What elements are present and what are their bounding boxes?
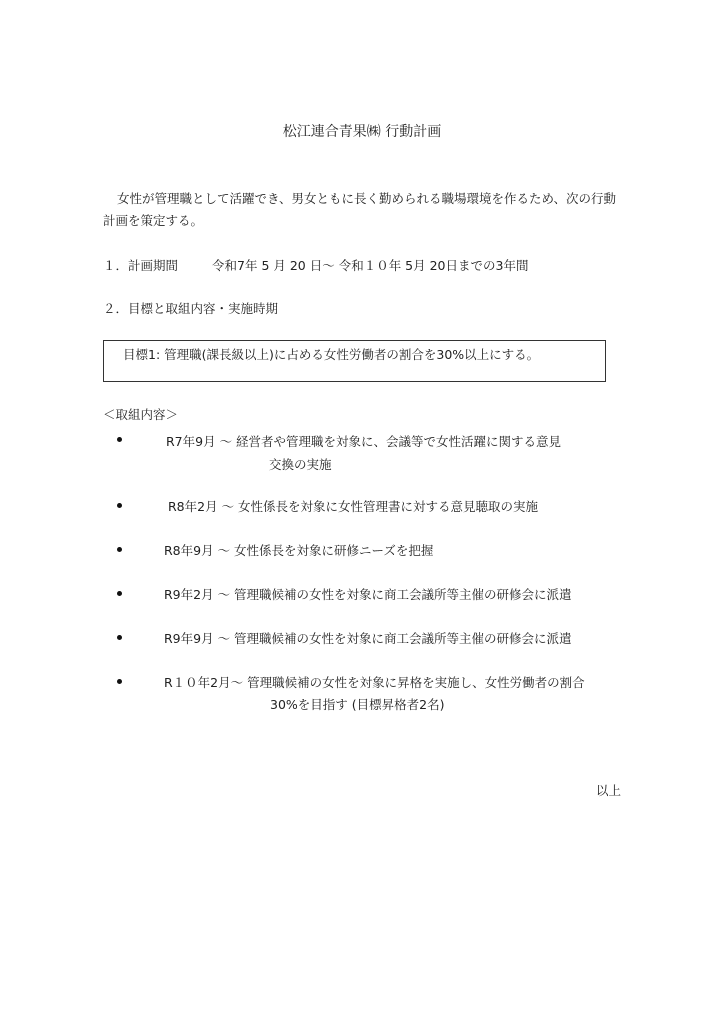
bullet-icon (117, 547, 122, 552)
closing-text: 以上 (596, 781, 621, 799)
action-item-6-line-1: R１０年2月～ 管理職候補の女性を対象に昇格を実施し、女性労働者の割合 (164, 673, 585, 691)
action-item-6-line-2: 30%を目指す (目標昇格者2名) (270, 695, 444, 713)
section-plan-period-value: 令和7年 5 月 20 日～ 令和１０年 5月 20日までの3年間 (212, 258, 528, 273)
bullet-icon (117, 437, 122, 442)
section-plan-period: １．計画期間令和7年 5 月 20 日～ 令和１０年 5月 20日までの3年間 (103, 256, 528, 274)
action-item-3: R8年9月 ～ 女性係長を対象に研修ニーズを把握 (164, 541, 433, 559)
intro-line-2: 計画を策定する。 (103, 211, 203, 229)
action-item-4: R9年2月 ～ 管理職候補の女性を対象に商工会議所等主催の研修会に派遣 (164, 585, 572, 603)
bullet-icon (117, 503, 122, 508)
goal-text: 目標1: 管理職(課長級以上)に占める女性労働者の割合を30%以上にする。 (123, 345, 539, 363)
section-plan-period-label: １．計画期間 (103, 258, 178, 273)
bullet-icon (117, 635, 122, 640)
section-goals-heading: ２．目標と取組内容・実施時期 (103, 299, 278, 317)
action-item-1-line-2: 交換の実施 (269, 455, 332, 473)
bullet-icon (117, 591, 122, 596)
document-title: 松江連合青果㈱ 行動計画 (0, 121, 724, 141)
action-item-5: R9年9月 ～ 管理職候補の女性を対象に商工会議所等主催の研修会に派遣 (164, 629, 572, 647)
action-item-1-line-1: R7年9月 ～ 経営者や管理職を対象に、会議等で女性活躍に関する意見 (166, 432, 561, 450)
action-item-2: R8年2月 ～ 女性係長を対象に女性管理書に対する意見聴取の実施 (168, 497, 538, 515)
bullet-icon (117, 679, 122, 684)
actions-heading: ＜取組内容＞ (103, 405, 178, 423)
intro-line-1: 女性が管理職として活躍でき、男女ともに長く勤められる職場環境を作るため、次の行動 (117, 189, 616, 207)
